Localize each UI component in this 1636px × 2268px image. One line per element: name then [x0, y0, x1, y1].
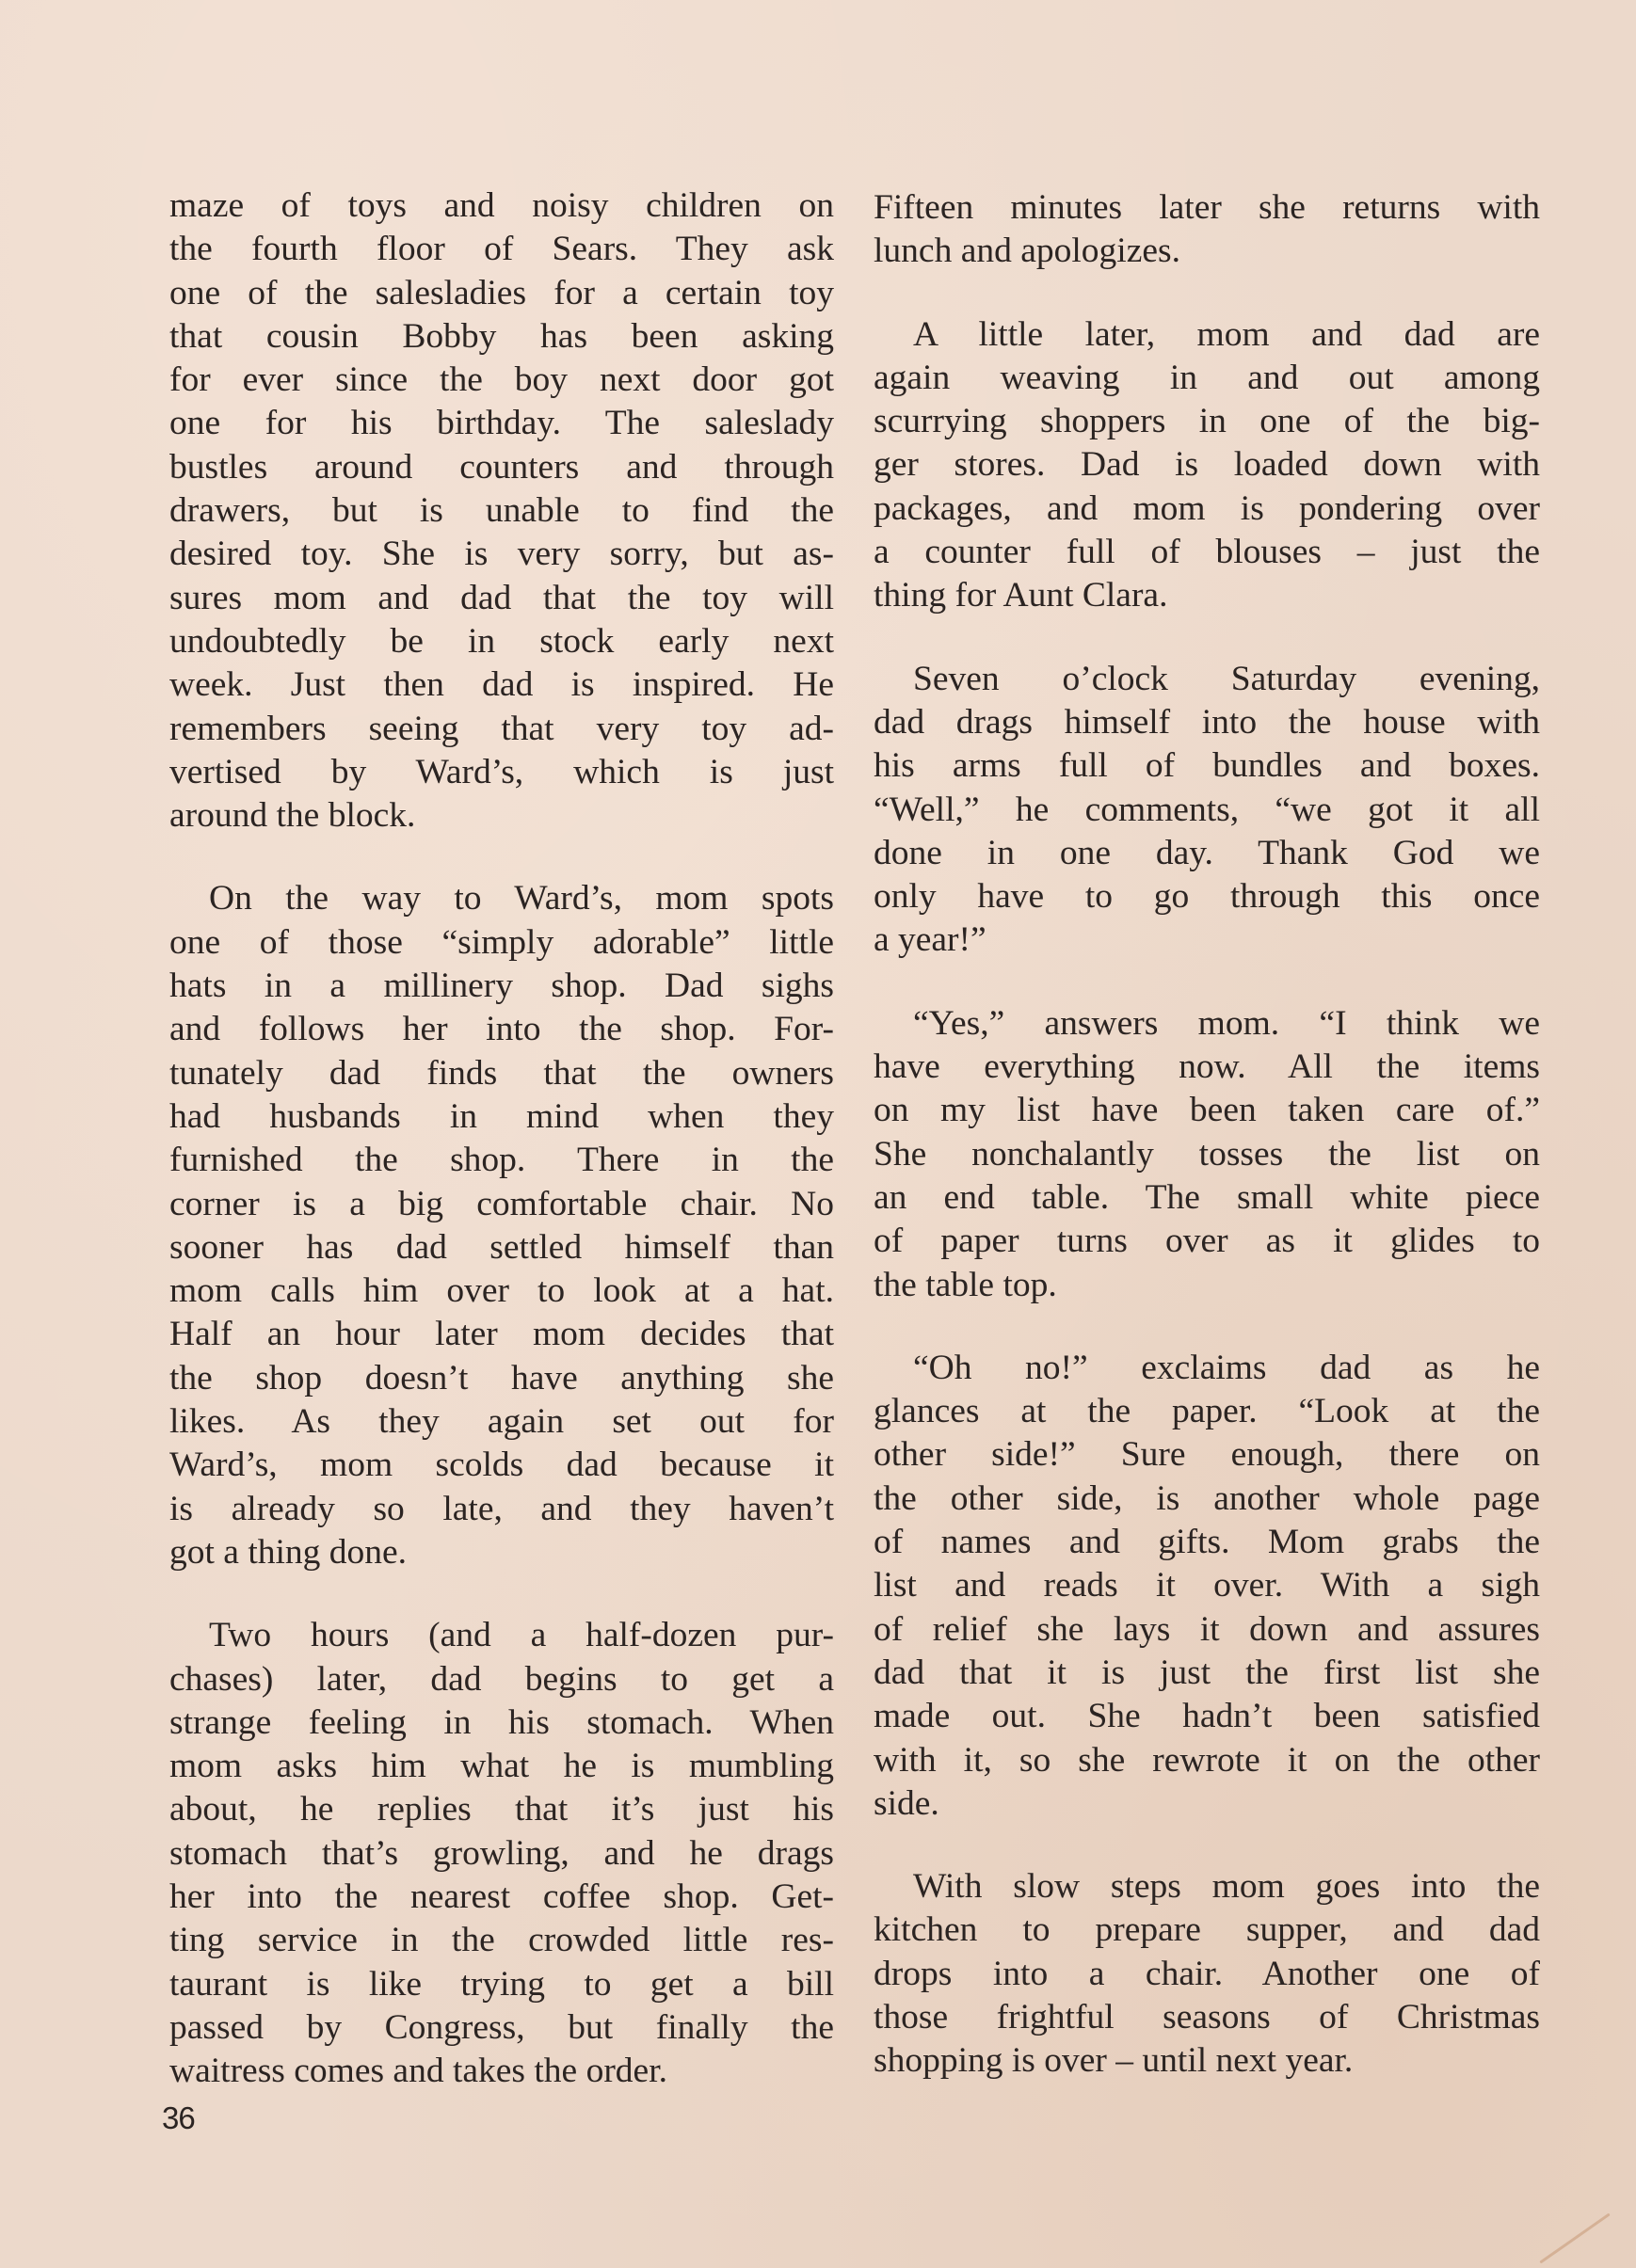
text-line: done in one day. Thank God we [874, 832, 1540, 875]
text-line: is already so late, and they haven’t [169, 1488, 834, 1531]
text-line: waitress comes and takes the order. [169, 2050, 834, 2093]
text-line: the other side, is another whole page [874, 1477, 1540, 1521]
text-line: On the way to Ward’s, mom spots [169, 877, 834, 920]
text-line: “Oh no!” exclaims dad as he [874, 1347, 1540, 1390]
text-line: drops into a chair. Another one of [874, 1953, 1540, 1996]
text-line: chases) later, dad begins to get a [169, 1658, 834, 1701]
paragraph: A little later, mom and dad areagain wea… [874, 313, 1540, 618]
text-line: Half an hour later mom decides that [169, 1313, 834, 1356]
paper-stain [1539, 2212, 1610, 2263]
magazine-page: maze of toys and noisy children onthe fo… [0, 0, 1636, 2268]
paragraph: On the way to Ward’s, mom spotsone of th… [169, 877, 834, 1574]
text-line: the table top. [874, 1264, 1540, 1307]
text-line: around the block. [169, 794, 834, 838]
paragraph: “Oh no!” exclaims dad as heglances at th… [874, 1347, 1540, 1826]
text-line: about, he replies that it’s just his [169, 1788, 834, 1831]
paragraph: Two hours (and a half-dozen pur-chases) … [169, 1614, 834, 2093]
text-line: a counter full of blouses – just the [874, 531, 1540, 574]
text-line: the shop doesn’t have anything she [169, 1357, 834, 1400]
text-line: have everything now. All the items [874, 1046, 1540, 1089]
text-line: one for his birthday. The saleslady [169, 402, 834, 445]
text-line: one of the salesladies for a certain toy [169, 272, 834, 315]
text-line: of names and gifts. Mom grabs the [874, 1521, 1540, 1564]
text-line: a year!” [874, 918, 1540, 962]
paragraph: “Yes,” answers mom. “I think wehave ever… [874, 1002, 1540, 1307]
text-line: Fifteen minutes later she returns with [874, 186, 1540, 230]
text-line: made out. She hadn’t been satisfied [874, 1695, 1540, 1738]
text-line: lunch and apologizes. [874, 230, 1540, 273]
paragraph: Seven o’clock Saturday evening,dad drags… [874, 658, 1540, 963]
page-number: 36 [162, 2100, 195, 2136]
text-line: kitchen to prepare supper, and dad [874, 1909, 1540, 1952]
text-line: dad that it is just the first list she [874, 1652, 1540, 1695]
text-line: Two hours (and a half-dozen pur- [169, 1614, 834, 1657]
text-line: “Well,” he comments, “we got it all [874, 789, 1540, 832]
text-line: thing for Aunt Clara. [874, 574, 1540, 617]
text-line: With slow steps mom goes into the [874, 1865, 1540, 1909]
left-column: maze of toys and noisy children onthe fo… [169, 184, 834, 2132]
text-line: packages, and mom is pondering over [874, 487, 1540, 531]
text-line: that cousin Bobby has been asking [169, 315, 834, 359]
text-line: those frightful seasons of Christmas [874, 1996, 1540, 2039]
text-line: again weaving in and out among [874, 357, 1540, 400]
text-line: passed by Congress, but finally the [169, 2006, 834, 2050]
paragraph: Fifteen minutes later she returns withlu… [874, 186, 1540, 274]
paragraph: maze of toys and noisy children onthe fo… [169, 184, 834, 838]
text-line: desired toy. She is very sorry, but as- [169, 533, 834, 576]
text-line: shopping is over – until next year. [874, 2039, 1540, 2083]
text-line: list and reads it over. With a sigh [874, 1564, 1540, 1607]
text-line: furnished the shop. There in the [169, 1139, 834, 1182]
text-line: She nonchalantly tosses the list on [874, 1133, 1540, 1176]
text-line: A little later, mom and dad are [874, 313, 1540, 357]
text-line: glances at the paper. “Look at the [874, 1390, 1540, 1433]
text-line: one of those “simply adorable” little [169, 921, 834, 965]
text-line: side. [874, 1782, 1540, 1826]
text-line: “Yes,” answers mom. “I think we [874, 1002, 1540, 1046]
text-line: bustles around counters and through [169, 446, 834, 489]
text-line: ger stores. Dad is loaded down with [874, 443, 1540, 487]
text-line: on my list have been taken care of.” [874, 1089, 1540, 1132]
text-line: for ever since the boy next door got [169, 359, 834, 402]
text-line: undoubtedly be in stock early next [169, 620, 834, 663]
text-line: other side!” Sure enough, there on [874, 1433, 1540, 1477]
text-line: only have to go through this once [874, 875, 1540, 918]
text-line: dad drags himself into the house with [874, 701, 1540, 744]
text-line: hats in a millinery shop. Dad sighs [169, 965, 834, 1008]
text-line: corner is a big comfortable chair. No [169, 1183, 834, 1226]
text-line: Seven o’clock Saturday evening, [874, 658, 1540, 701]
text-line: mom asks him what he is mumbling [169, 1745, 834, 1788]
text-line: remembers seeing that very toy ad- [169, 708, 834, 751]
text-line: an end table. The small white piece [874, 1176, 1540, 1220]
text-line: and follows her into the shop. For- [169, 1008, 834, 1051]
text-line: vertised by Ward’s, which is just [169, 751, 834, 794]
text-line: ting service in the crowded little res- [169, 1919, 834, 1962]
right-column: Fifteen minutes later she returns withlu… [874, 186, 1540, 2123]
text-line: his arms full of bundles and boxes. [874, 744, 1540, 788]
text-line: likes. As they again set out for [169, 1400, 834, 1444]
text-line: sooner has dad settled himself than [169, 1226, 834, 1270]
text-line: Ward’s, mom scolds dad because it [169, 1444, 834, 1487]
text-line: taurant is like trying to get a bill [169, 1963, 834, 2006]
text-line: maze of toys and noisy children on [169, 184, 834, 228]
text-line: week. Just then dad is inspired. He [169, 663, 834, 707]
text-line: with it, so she rewrote it on the other [874, 1739, 1540, 1782]
text-line: drawers, but is unable to find the [169, 489, 834, 533]
text-line: of paper turns over as it glides to [874, 1220, 1540, 1263]
text-line: stomach that’s growling, and he drags [169, 1832, 834, 1876]
text-line: sures mom and dad that the toy will [169, 577, 834, 620]
text-line: mom calls him over to look at a hat. [169, 1270, 834, 1313]
text-line: the fourth floor of Sears. They ask [169, 228, 834, 271]
text-line: of relief she lays it down and assures [874, 1608, 1540, 1652]
text-line: scurrying shoppers in one of the big- [874, 400, 1540, 443]
text-line: had husbands in mind when they [169, 1095, 834, 1139]
text-line: tunately dad finds that the owners [169, 1052, 834, 1095]
text-line: strange feeling in his stomach. When [169, 1701, 834, 1745]
text-line: her into the nearest coffee shop. Get- [169, 1876, 834, 1919]
text-line: got a thing done. [169, 1531, 834, 1574]
paragraph: With slow steps mom goes into thekitchen… [874, 1865, 1540, 2083]
